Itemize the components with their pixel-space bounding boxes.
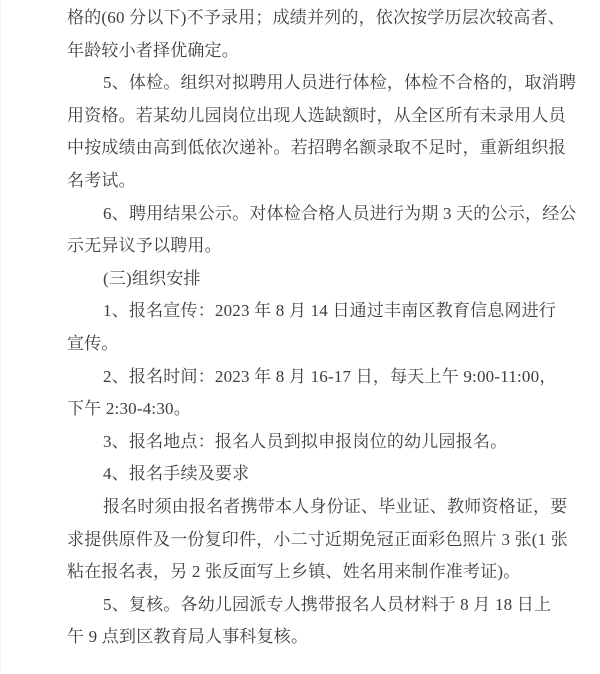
- document-line: 求提供原件及一份复印件，小二寸近期免冠正面彩色照片 3 张(1 张: [67, 524, 547, 557]
- document-line: 5、复核。各幼儿园派专人携带报名人员材料于 8 月 18 日上: [67, 589, 547, 622]
- document-line: 年龄较小者择优确定。: [67, 35, 547, 68]
- document-line: 5、体检。组织对拟聘用人员进行体检，体检不合格的，取消聘: [67, 67, 547, 100]
- document-line: (三)组织安排: [67, 263, 547, 296]
- document-line: 格的(60 分以下)不予录用；成绩并列的，依次按学历层次较高者、: [67, 2, 547, 35]
- document-line: 午 9 点到区教育局人事科复核。: [67, 621, 547, 654]
- document-line: 3、报名地点：报名人员到拟申报岗位的幼儿园报名。: [67, 426, 547, 459]
- document-line: 4、报名手续及要求: [67, 458, 547, 491]
- document-line: 名考试。: [67, 165, 547, 198]
- document-line: 报名时须由报名者携带本人身份证、毕业证、教师资格证，要: [67, 491, 547, 524]
- document-line: 粘在报名表，另 2 张反面写上乡镇、姓名用来制作准考证)。: [67, 556, 547, 589]
- document-line: 下午 2:30-4:30。: [67, 393, 547, 426]
- document-line: 宣传。: [67, 328, 547, 361]
- document-line: 中按成绩由高到低依次递补。若招聘名额录取不足时，重新组织报: [67, 132, 547, 165]
- document-page: 格的(60 分以下)不予录用；成绩并列的，依次按学历层次较高者、年龄较小者择优确…: [0, 0, 600, 674]
- document-text-block: 格的(60 分以下)不予录用；成绩并列的，依次按学历层次较高者、年龄较小者择优确…: [67, 2, 547, 654]
- document-line: 示无异议予以聘用。: [67, 230, 547, 263]
- document-line: 6、聘用结果公示。对体检合格人员进行为期 3 天的公示，经公: [67, 198, 547, 231]
- document-line: 用资格。若某幼儿园岗位出现人选缺额时，从全区所有未录用人员: [67, 100, 547, 133]
- document-line: 1、报名宣传：2023 年 8 月 14 日通过丰南区教育信息网进行: [67, 295, 547, 328]
- document-line: 2、报名时间：2023 年 8 月 16-17 日，每天上午 9:00-11:0…: [67, 361, 547, 394]
